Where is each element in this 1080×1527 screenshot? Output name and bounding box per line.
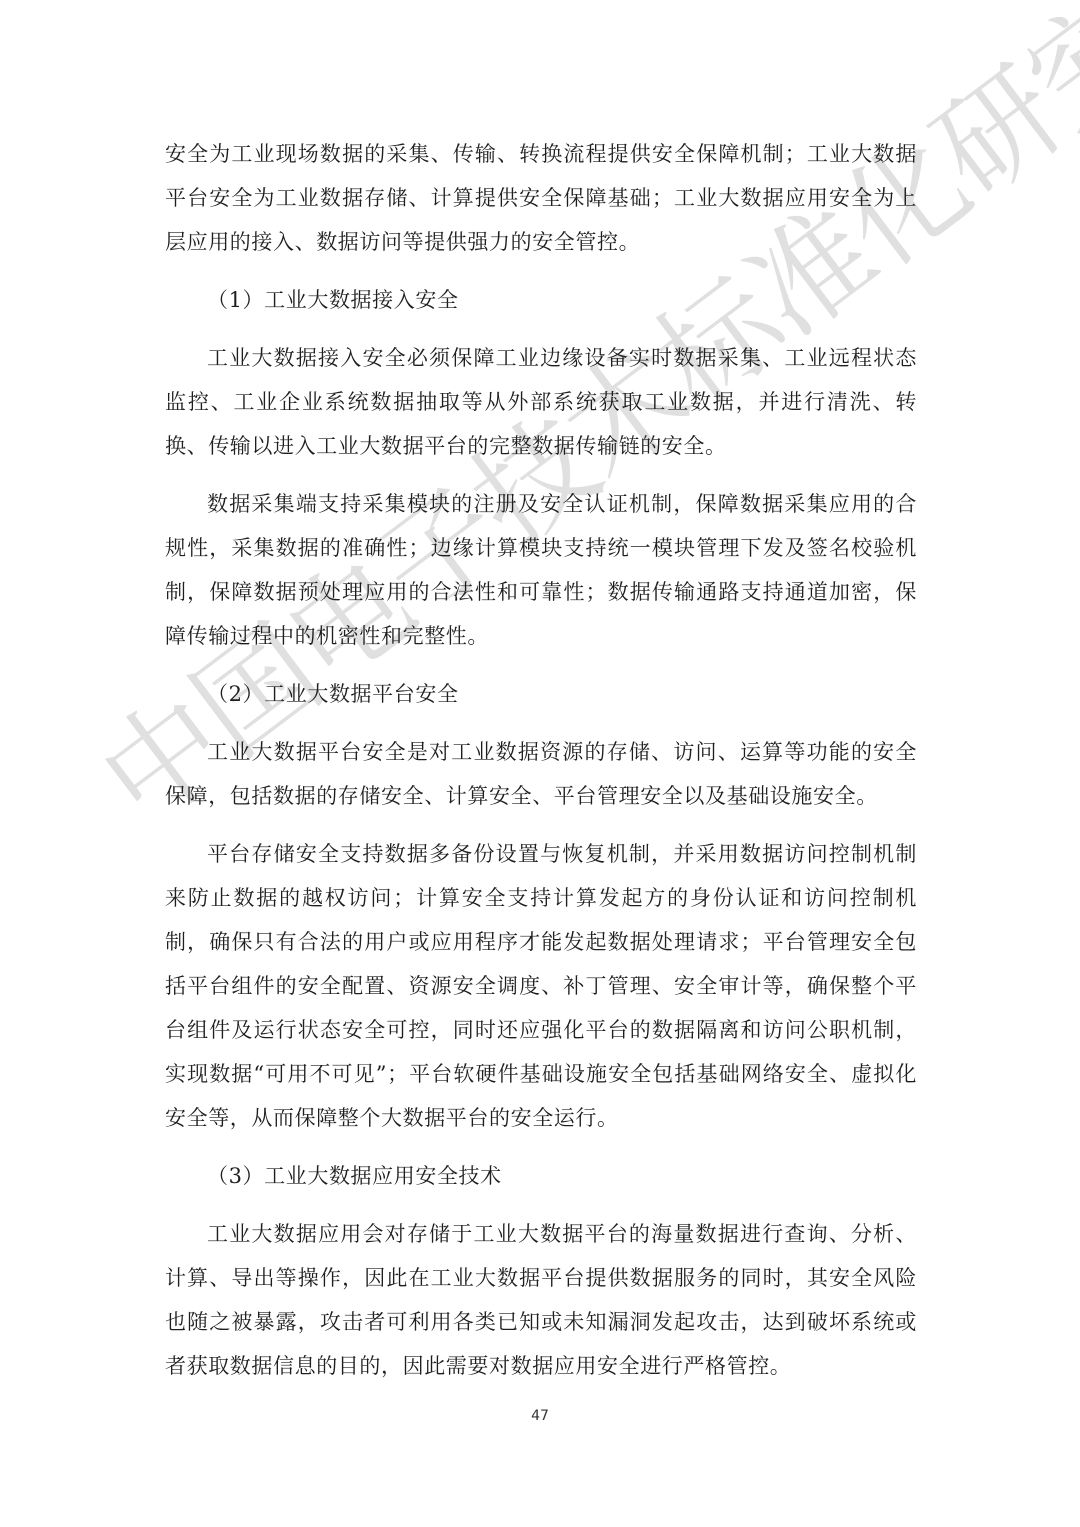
page-number: 47 [0, 1408, 1080, 1424]
section-heading-application-security: （3）工业大数据应用安全技术 [165, 1154, 917, 1198]
section-heading-platform-security: （2）工业大数据平台安全 [165, 672, 917, 716]
platform-security-paragraph-2: 平台存储安全支持数据多备份设置与恢复机制，并采用数据访问控制机制来防止数据的越权… [165, 832, 917, 1140]
document-body: 安全为工业现场数据的采集、传输、转换流程提供安全保障机制；工业大数据平台安全为工… [165, 132, 917, 1388]
access-security-paragraph-1: 工业大数据接入安全必须保障工业边缘设备实时数据采集、工业远程状态监控、工业企业系… [165, 336, 917, 468]
section-heading-access-security: （1）工业大数据接入安全 [165, 278, 917, 322]
platform-security-paragraph-1: 工业大数据平台安全是对工业数据资源的存储、访问、运算等功能的安全保障，包括数据的… [165, 730, 917, 818]
intro-paragraph: 安全为工业现场数据的采集、传输、转换流程提供安全保障机制；工业大数据平台安全为工… [165, 132, 917, 264]
access-security-paragraph-2: 数据采集端支持采集模块的注册及安全认证机制，保障数据采集应用的合规性，采集数据的… [165, 482, 917, 658]
application-security-paragraph: 工业大数据应用会对存储于工业大数据平台的海量数据进行查询、分析、计算、导出等操作… [165, 1212, 917, 1388]
